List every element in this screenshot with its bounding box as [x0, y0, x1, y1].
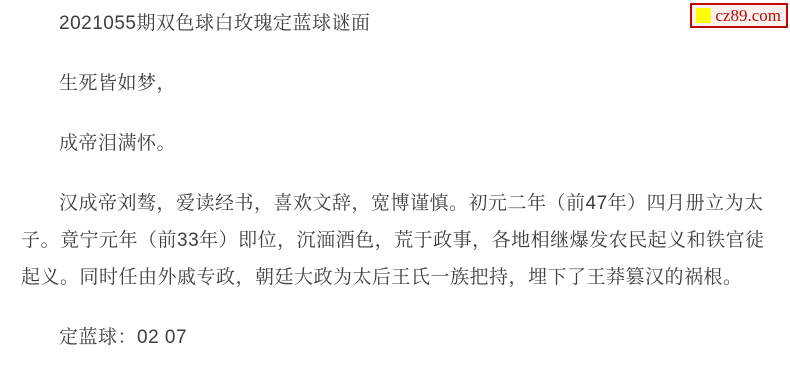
- article-page: 2021055期双色球白玫瑰定蓝球谜面 生死皆如梦， 成帝泪满怀。 汉成帝刘骜，…: [0, 0, 790, 369]
- blue-ball-result: 定蓝球：02 07: [21, 319, 770, 356]
- watermark-text: cz89.com: [715, 7, 781, 24]
- yellow-square-icon: [696, 8, 711, 23]
- poem-line-2: 成帝泪满怀。: [21, 125, 770, 162]
- body-paragraph: 汉成帝刘骜，爱读经书，喜欢文辞，宽博谨慎。初元二年（前47年）四月册立为太子。竟…: [21, 185, 770, 296]
- page-title: 2021055期双色球白玫瑰定蓝球谜面: [21, 5, 770, 42]
- site-watermark[interactable]: cz89.com: [690, 3, 788, 28]
- poem-line-1: 生死皆如梦，: [21, 65, 770, 102]
- article-content: 2021055期双色球白玫瑰定蓝球谜面 生死皆如梦， 成帝泪满怀。 汉成帝刘骜，…: [0, 0, 790, 356]
